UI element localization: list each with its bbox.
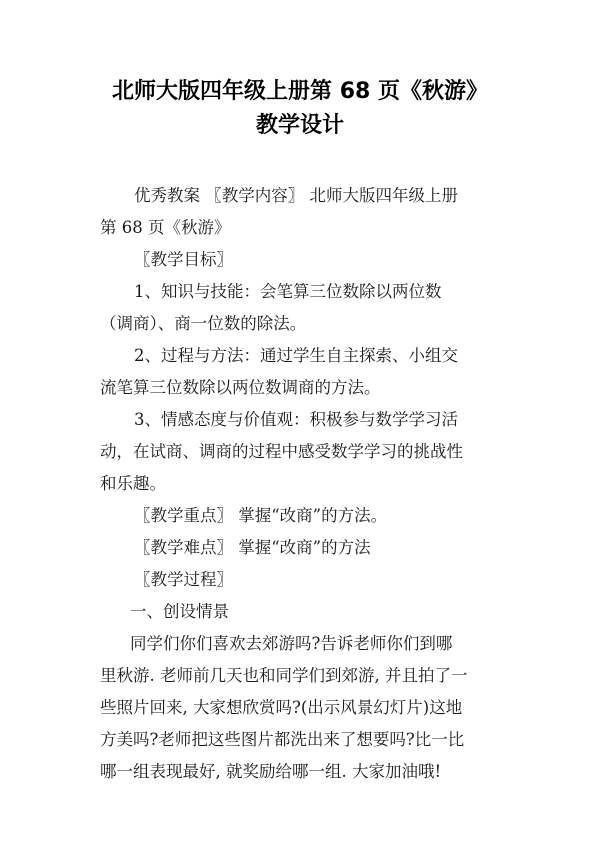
objective-1: 1、知识与技能：会笔算三位数除以两位数 — [134, 276, 442, 308]
objective-3-cont: 动，在试商、调商的过程中感受数学学习的挑战性 — [100, 436, 463, 468]
paragraph-line: 些照片回来, 大家想欣赏吗?(出示风景幻灯片)这地 — [100, 692, 462, 724]
document-title-line-2: 教学设计 — [0, 109, 600, 143]
paragraph-line: 同学们你们喜欢去郊游吗?告诉老师你们到哪 — [130, 628, 452, 660]
paragraph-line: 哪一组表现最好, 就奖励给哪一组. 大家加油哦! — [100, 756, 441, 788]
section-heading-process: 〖教学过程〗 — [134, 564, 233, 596]
document-title-line-1: 北师大版四年级上册第 68 页《秋游》 — [0, 75, 600, 109]
key-point: 〖教学重点〗 掌握“改商”的方法。 — [134, 500, 387, 532]
content-intro: 优秀教案 〖教学内容〗 北师大版四年级上册 — [134, 180, 458, 212]
objective-3: 3、情感态度与价值观：积极参与数学学习活 — [134, 404, 458, 436]
objective-2-cont: 流笔算三位数除以两位数调商的方法。 — [100, 372, 381, 404]
objective-1-cont: （调商）、商一位数的除法。 — [100, 308, 306, 340]
difficult-point: 〖教学难点〗 掌握“改商”的方法 — [134, 532, 371, 564]
paragraph-line: 里秋游. 老师前几天也和同学们到郊游, 并且拍了一 — [100, 660, 467, 692]
step-heading-1: 一、创设情景 — [130, 596, 229, 628]
objective-3-cont-2: 和乐趣。 — [100, 468, 166, 500]
section-heading-objectives: 〖教学目标〗 — [134, 244, 233, 276]
paragraph-line: 方美吗?老师把这些图片都洗出来了想要吗?比一比 — [100, 724, 464, 756]
objective-2: 2、过程与方法：通过学生自主探索、小组交 — [134, 340, 458, 372]
content-intro-cont: 第 68 页《秋游》 — [100, 212, 231, 244]
